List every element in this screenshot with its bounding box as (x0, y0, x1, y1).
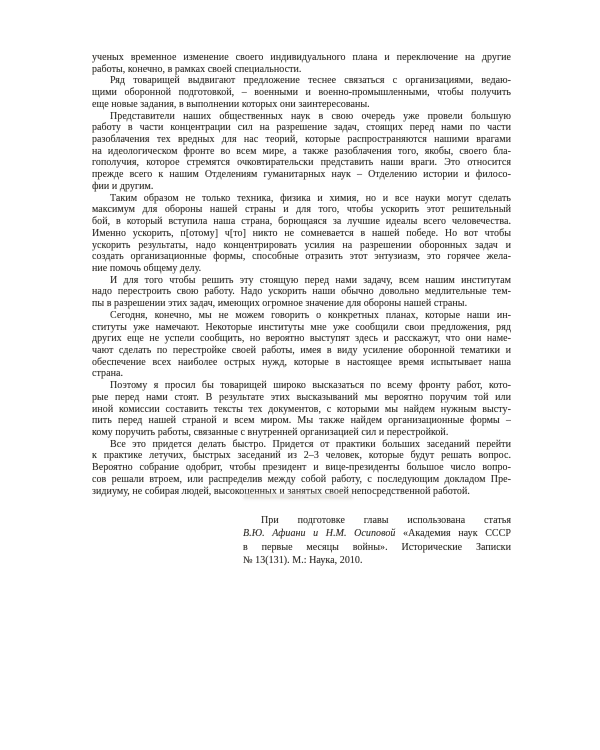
text-line: ституты уже намечают. Некоторые институт… (92, 322, 511, 334)
text-line: разоблачения тех вредных для нас теорий,… (92, 134, 511, 146)
text-line: сов решали втроем, или распределив между… (92, 474, 511, 486)
paragraph: Сегодня, конечно, мы не можем говорить о… (92, 310, 511, 380)
text-line: бой, в который вступила наша страна, бор… (92, 216, 511, 228)
text-line: Таким образом не только техника, физика … (92, 193, 511, 205)
citation-text: в первые месяцы войны». Исторические Зап… (243, 542, 511, 553)
text-line: работы, конечно, в рамках своей специаль… (92, 64, 511, 76)
paragraph: ученых временное изменение своего индиви… (92, 52, 511, 75)
text-line: к практике летучих, быстрых заседаний из… (92, 450, 511, 462)
text-line: страна. (92, 368, 511, 380)
citation-line: При подготовке главы использована статья (243, 514, 511, 527)
text-line: максимум для обороны нашей страны и для … (92, 204, 511, 216)
text-line: гополучия, которое стремятся очковтирате… (92, 157, 511, 169)
text-line: рые перед нами стоят. В результате этих … (92, 392, 511, 404)
text-line: иной комиссии составить тексты тех докум… (92, 404, 511, 416)
text-line: Представители наших общественных наук в … (92, 111, 511, 123)
paragraph: Все это придется делать быстро. Придется… (92, 439, 511, 498)
citation-authors-italic: В.Ю. Афиани и Н.М. Осиповой (243, 528, 395, 539)
text-line: прежде всего к нашим Отделениям гуманита… (92, 169, 511, 181)
scan-smudge-artifact (243, 494, 353, 499)
text-line: чают сделать по перестройке своей работы… (92, 345, 511, 357)
citation-line: в первые месяцы войны». Исторические Зап… (243, 541, 511, 554)
text-line: щими оборонной подготовкой, – военными и… (92, 87, 511, 99)
paragraph: Представители наших общественных наук в … (92, 111, 511, 193)
text-line: на идеологическом фронте во всем мире, а… (92, 146, 511, 158)
citation-block: При подготовке главы использована статья… (243, 514, 511, 568)
paragraph: Поэтому я просил бы товарищей широко выс… (92, 380, 511, 439)
text-line: ускорить результаты, надо концентрироват… (92, 240, 511, 252)
citation-line: № 13(131). М.: Наука, 2010. (243, 554, 511, 567)
text-line: ние помочь общему делу. (92, 263, 511, 275)
text-line: Ряд товарищей выдвигают предложение тесн… (92, 75, 511, 87)
text-line: пить перед нашей страной и всем миром. М… (92, 415, 511, 427)
text-line: Все это придется делать быстро. Придется… (92, 439, 511, 451)
citation-text: При подготовке главы использована статья (261, 515, 511, 526)
citation-text: «Академия наук СССР (395, 528, 511, 539)
text-line: Именно ускорить, п[отому] ч[то] никто не… (92, 228, 511, 240)
paragraph: И для того чтобы решить эту стоящую пере… (92, 275, 511, 310)
paragraph: Ряд товарищей выдвигают предложение тесн… (92, 75, 511, 110)
text-line: надо перестроить свою работу. Надо ускор… (92, 286, 511, 298)
scanned-book-page: ученых временное изменение своего индиви… (0, 0, 600, 750)
text-line: еще новые задания, в выполнении которых … (92, 99, 511, 111)
text-line: работу в части концентрации сил на разре… (92, 122, 511, 134)
text-line: других еще не успели сообщить, но вероят… (92, 333, 511, 345)
text-line: кому поручить работы, связанные с внутре… (92, 427, 511, 439)
text-line: И для того чтобы решить эту стоящую пере… (92, 275, 511, 287)
paragraph: Таким образом не только техника, физика … (92, 193, 511, 275)
text-line: ученых временное изменение своего индиви… (92, 52, 511, 64)
text-line: Вероятно собрание одобрит, чтобы президе… (92, 462, 511, 474)
citation-text: № 13(131). М.: Наука, 2010. (243, 555, 363, 566)
text-line: фии и другим. (92, 181, 511, 193)
text-line: обеспечение всех наиболее острых нужд, к… (92, 357, 511, 369)
text-line: Сегодня, конечно, мы не можем говорить о… (92, 310, 511, 322)
body-text: ученых временное изменение своего индиви… (92, 52, 511, 497)
text-line: Поэтому я просил бы товарищей широко выс… (92, 380, 511, 392)
text-line: создать организационные формы, способные… (92, 251, 511, 263)
text-line: пы в разрешении этих задач, имеющих огро… (92, 298, 511, 310)
citation-line: В.Ю. Афиани и Н.М. Осиповой «Академия на… (243, 527, 511, 540)
